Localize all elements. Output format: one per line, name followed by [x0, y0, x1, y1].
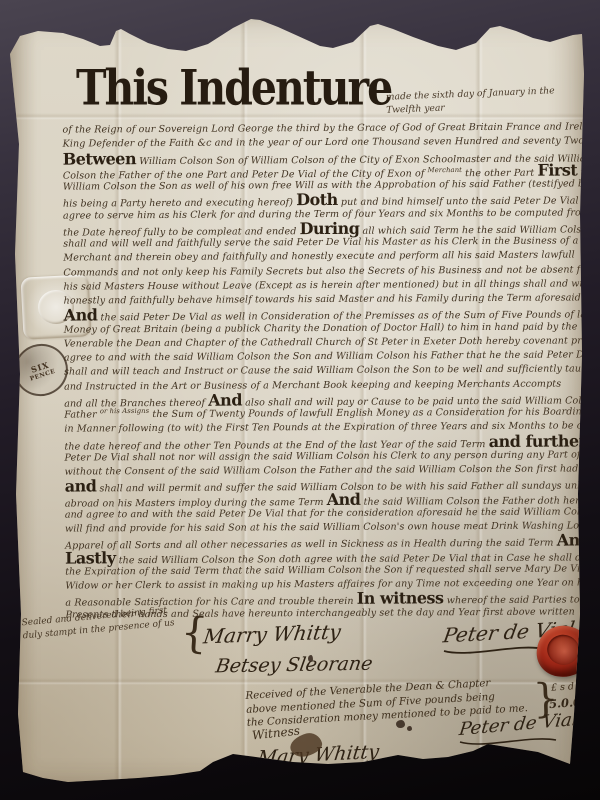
photo-background: SIX PENCE This Indenture made the sixth … [0, 0, 600, 800]
ink-blot [407, 726, 412, 731]
title-continuation: made the sixth day of January in the Twe… [386, 84, 583, 117]
witness-signature-1: Marry Whitty [202, 620, 343, 649]
ink-blot [341, 771, 355, 780]
ink-blot [396, 720, 405, 728]
document-title: This Indenture [76, 60, 391, 117]
indenture-document: SIX PENCE This Indenture made the sixth … [8, 14, 588, 796]
document-body: of the Reign of our Sovereign Lord Georg… [62, 120, 583, 622]
witness-signature-2: Betsey Sleorane [214, 653, 374, 678]
receipt-amount: 5.0.0 [549, 695, 582, 711]
receipt-currency-header: £ s d [551, 681, 575, 694]
ink-blot [308, 655, 313, 662]
wax-seal-texture [545, 633, 581, 667]
